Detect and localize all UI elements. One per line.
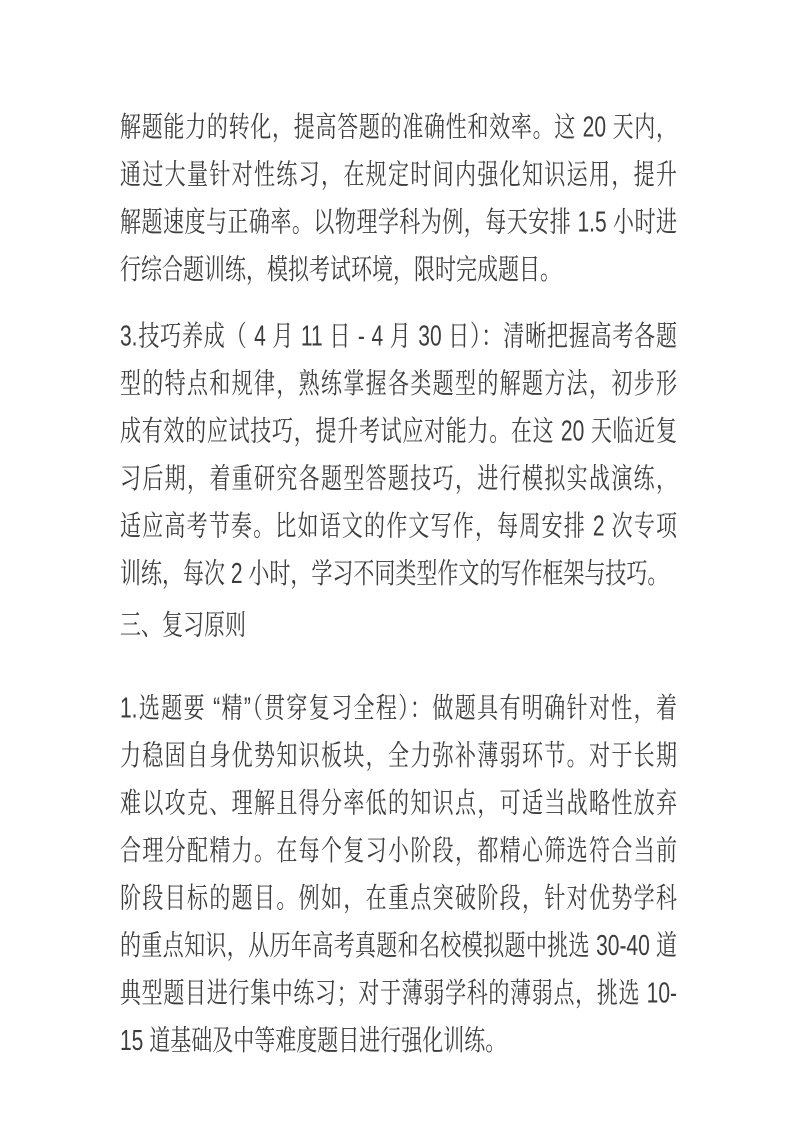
text-line: 习后期，着重研究各题型答题技巧，进行模拟实战演练， — [120, 455, 677, 502]
paragraph: 解题能力的转化，提高答题的准确性和效率。这 20 天内， 通过大量针对性练习，在… — [120, 104, 677, 294]
text-line: 15 道基础及中等难度题目进行强化训练。 — [120, 1017, 677, 1064]
text-line: 阶段目标的题目。例如，在重点突破阶段，针对优势学科 — [120, 875, 677, 922]
text-line: 适应高考节奏。比如语文的作文写作，每周安排 2 次专项 — [120, 503, 677, 550]
text-line: 通过大量针对性练习，在规定时间内强化知识运用，提升 — [120, 151, 677, 198]
text-line: 解题速度与正确率。以物理学科为例，每天安排 1.5 小时进 — [120, 199, 677, 246]
text-line: 1.选题要 “精”（贯穿复习全程）：做题具有明确针对性，着 — [120, 685, 677, 732]
text-line: 的重点知识，从历年高考真题和名校模拟题中挑选 30-40 道 — [120, 922, 677, 969]
section-heading-text: 三、复习原则 — [120, 602, 677, 649]
text-line: 解题能力的转化，提高答题的准确性和效率。这 20 天内， — [120, 104, 677, 151]
text-line: 力稳固自身优势知识板块，全力弥补薄弱环节。对于长期 — [120, 732, 677, 779]
text-scale-wrapper: 解题能力的转化，提高答题的准确性和效率。这 20 天内， 通过大量针对性练习，在… — [120, 104, 677, 1065]
text-line: 典型题目进行集中练习；对于薄弱学科的薄弱点，挑选 10- — [120, 970, 677, 1017]
text-line: 成有效的应试技巧，提升考试应对能力。在这 20 天临近复 — [120, 408, 677, 455]
paragraph: 3.技巧养成（ 4 月 11 日 - 4 月 30 日）：清晰把握高考各题 型的… — [120, 313, 677, 598]
section-heading: 三、复习原则 — [120, 602, 677, 649]
paragraph: 1.选题要 “精”（贯穿复习全程）：做题具有明确针对性，着 力稳固自身优势知识板… — [120, 685, 677, 1065]
document-text-block: 解题能力的转化，提高答题的准确性和效率。这 20 天内， 通过大量针对性练习，在… — [120, 104, 677, 826]
text-line: 行综合题训练，模拟考试环境，限时完成题目。 — [120, 246, 677, 293]
text-line: 型的特点和规律，熟练掌握各类题型的解题方法，初步形 — [120, 360, 677, 407]
document-page: 解题能力的转化，提高答题的准确性和效率。这 20 天内， 通过大量针对性练习，在… — [0, 0, 793, 1122]
text-line: 训练，每次 2 小时，学习不同类型作文的写作框架与技巧。 — [120, 550, 677, 597]
text-line: 难以攻克、理解且得分率低的知识点，可适当战略性放弃 — [120, 780, 677, 827]
text-line: 3.技巧养成（ 4 月 11 日 - 4 月 30 日）：清晰把握高考各题 — [120, 313, 677, 360]
text-line: 合理分配精力。在每个复习小阶段，都精心筛选符合当前 — [120, 827, 677, 874]
